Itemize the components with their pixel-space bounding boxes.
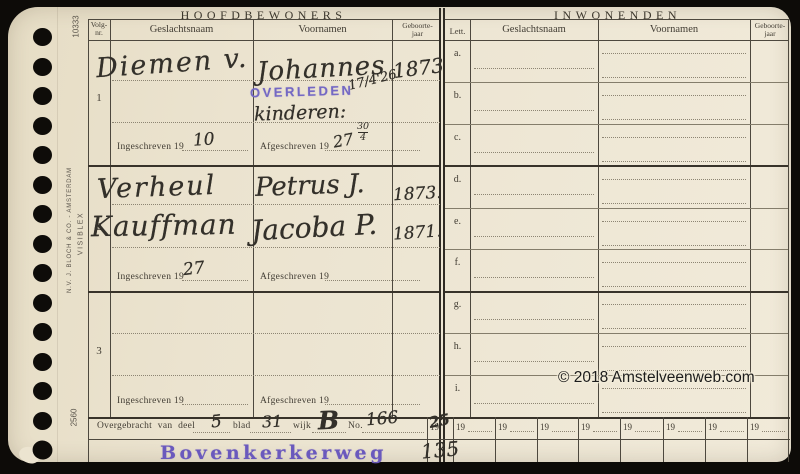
grid-line	[470, 19, 471, 417]
leader-dots	[468, 431, 492, 432]
punch-hole	[33, 382, 52, 400]
serial-number-top: 10333	[72, 7, 81, 47]
serial-number-bottom: 2560	[70, 400, 79, 436]
inwonenden-row-letter: f.	[445, 257, 470, 268]
leader-dots	[678, 431, 702, 432]
writing-line	[602, 304, 746, 305]
street-name-stamp: Bovenkerkerweg	[160, 442, 387, 464]
year-cell-label: 19	[540, 422, 549, 432]
leader-dots	[182, 280, 248, 281]
date-month: 4	[358, 132, 368, 143]
inwonenden-row-letter: h.	[445, 341, 470, 352]
handwritten-deel: 5	[210, 411, 223, 432]
handwritten-blad: 31	[262, 411, 283, 431]
writing-line	[112, 375, 440, 376]
leader-dots	[720, 431, 744, 432]
punch-hole	[33, 323, 52, 341]
writing-line	[602, 95, 746, 96]
punch-hole	[33, 87, 52, 105]
col-geslachtsnaam: Geslachtsnaam	[470, 24, 598, 35]
writing-line	[602, 137, 746, 138]
leader-dots	[182, 150, 248, 151]
punch-hole	[33, 205, 52, 223]
punch-hole	[33, 235, 52, 253]
brand-imprint: VISIBLEX	[78, 204, 85, 264]
writing-line	[602, 53, 746, 54]
leader-dots	[325, 280, 420, 281]
group-separator	[445, 291, 788, 293]
grid-line	[788, 19, 789, 462]
leader-dots	[552, 431, 575, 432]
col-voornamen: Voornamen	[253, 24, 392, 35]
handwritten-note: kinderen:	[254, 100, 347, 125]
leader-dots	[635, 431, 660, 432]
punch-hole	[33, 28, 52, 46]
handwritten-ingeschreven-year: 27	[182, 258, 206, 280]
cell-line	[620, 417, 621, 462]
writing-line	[474, 110, 594, 111]
leader-dots	[510, 431, 534, 432]
handwritten-no: 166	[365, 408, 399, 431]
writing-line	[602, 286, 746, 287]
handwritten-afgeschreven-date: 30 4	[357, 122, 369, 143]
afgeschreven-label: Afgeschreven 19	[260, 142, 329, 152]
row-number: 1	[88, 92, 110, 104]
writing-line	[602, 203, 746, 204]
row-separator	[88, 291, 439, 293]
punch-hole	[33, 146, 52, 164]
leader-dots	[250, 432, 291, 433]
col-lett: Lett.	[445, 26, 470, 36]
writing-line	[474, 403, 594, 404]
writing-line	[474, 68, 594, 69]
writing-line	[474, 277, 594, 278]
year-cell-label: 19	[666, 422, 675, 432]
row-separator	[88, 165, 439, 167]
writing-line	[602, 328, 746, 329]
col-geboortejaar-line2: jaar	[392, 30, 443, 38]
afgeschreven-label: Afgeschreven 19	[260, 272, 329, 282]
handwritten-surname: Verheul	[96, 170, 216, 205]
writing-line	[474, 194, 594, 195]
punch-hole	[33, 117, 52, 135]
no-label: No.	[348, 421, 363, 431]
handwritten-house-number: 135	[420, 436, 460, 463]
grid-line	[88, 19, 89, 462]
inwonenden-row-letter: g.	[445, 299, 470, 310]
grid-line	[598, 19, 599, 417]
writing-line	[112, 333, 440, 334]
writing-line	[602, 262, 746, 263]
handwritten-surname: Kauffman	[91, 208, 237, 244]
subrow-rule	[445, 82, 788, 83]
writing-line	[474, 361, 594, 362]
year-cell-label: 19	[498, 422, 507, 432]
punch-hole	[33, 176, 52, 194]
writing-line	[602, 346, 746, 347]
writing-line	[602, 388, 746, 389]
date-day: 30	[357, 122, 369, 132]
writing-line	[112, 204, 440, 205]
cell-line	[495, 417, 496, 462]
writing-line	[602, 221, 746, 222]
inwonenden-row-letter: i.	[445, 383, 470, 394]
subrow-rule	[445, 333, 788, 334]
blad-label: blad	[233, 421, 251, 431]
hoofdbewoners-title: HOOFDBEWONERS	[88, 8, 439, 23]
inwonenden-row-letter: d.	[445, 174, 470, 185]
handwritten-afgeschreven-year: 27	[332, 129, 355, 151]
leader-dots	[762, 431, 785, 432]
handwritten-birthyear: 1871.	[392, 221, 442, 244]
inwonenden-row-letter: b.	[445, 90, 470, 101]
year-cell-label: 19	[456, 422, 465, 432]
leader-dots	[593, 431, 617, 432]
group-separator	[445, 165, 788, 167]
year-cell-label: 19	[708, 422, 717, 432]
cell-line	[705, 417, 706, 462]
writing-line	[602, 245, 746, 246]
title-underline	[445, 19, 790, 20]
handwritten-firstname: Petrus J.	[255, 169, 366, 203]
writing-line	[602, 77, 746, 78]
col-geboortejaar-line2: jaar	[750, 30, 790, 38]
cell-line	[747, 417, 748, 462]
leader-dots	[362, 432, 424, 433]
handwritten-birthyear: 1873.	[393, 183, 443, 206]
punch-hole	[33, 264, 52, 282]
paper-crease	[57, 7, 58, 462]
leader-dots	[182, 404, 248, 405]
col-volgnr-line2: nr.	[88, 29, 110, 37]
registration-card-scan: 10333 2560 N.V. J. BLOCH & CO. - AMSTERD…	[0, 0, 800, 474]
overleden-stamp: OVERLEDEN	[250, 83, 354, 101]
year-cell-label: 19	[581, 422, 590, 432]
manufacturer-imprint: N.V. J. BLOCH & CO. - AMSTERDAM	[67, 165, 73, 295]
writing-line	[602, 119, 746, 120]
ingeschreven-label: Ingeschreven 19	[117, 272, 184, 282]
header-rule	[445, 40, 788, 41]
writing-line	[474, 152, 594, 153]
year-cell-label: 19	[623, 422, 632, 432]
handwritten-firstname: Jacoba P.	[250, 208, 378, 248]
ingeschreven-label: Ingeschreven 19	[117, 142, 184, 152]
copyright-watermark: © 2018 Amstelveenweb.com	[558, 369, 755, 387]
inwonenden-row-letter: e.	[445, 216, 470, 227]
title-underline	[88, 19, 439, 20]
inwonenden-row-letter: a.	[445, 48, 470, 59]
handwritten-wijk: B	[318, 406, 340, 436]
subrow-rule	[445, 124, 788, 125]
writing-line	[474, 236, 594, 237]
writing-line	[112, 247, 440, 248]
cell-line	[663, 417, 664, 462]
col-geslachtsnaam: Geslachtsnaam	[110, 24, 253, 35]
ingeschreven-label: Ingeschreven 19	[117, 396, 184, 406]
punch-hole	[33, 353, 52, 371]
wijk-label: wijk	[293, 421, 311, 431]
subrow-rule	[445, 208, 788, 209]
header-rule	[88, 40, 439, 41]
year-cell-label: 19	[750, 422, 759, 432]
leader-dots	[325, 404, 420, 405]
overgebracht-label: Overgebracht van deel	[97, 421, 195, 431]
punch-hole	[33, 412, 52, 430]
afgeschreven-label: Afgeschreven 19	[260, 396, 329, 406]
punch-hole	[33, 294, 52, 312]
writing-line	[602, 161, 746, 162]
punch-hole	[33, 58, 52, 76]
row-number: 3	[88, 345, 110, 357]
grid-line	[750, 19, 751, 417]
cell-line	[578, 417, 579, 462]
writing-line	[602, 179, 746, 180]
col-voornamen: Voornamen	[598, 24, 750, 35]
handwritten-ingeschreven-year: 10	[192, 129, 215, 150]
writing-line	[602, 412, 746, 413]
cell-line	[537, 417, 538, 462]
subrow-rule	[445, 249, 788, 250]
inwonenden-title: INWONENDEN	[447, 8, 788, 23]
writing-line	[474, 319, 594, 320]
inwonenden-row-letter: c.	[445, 132, 470, 143]
